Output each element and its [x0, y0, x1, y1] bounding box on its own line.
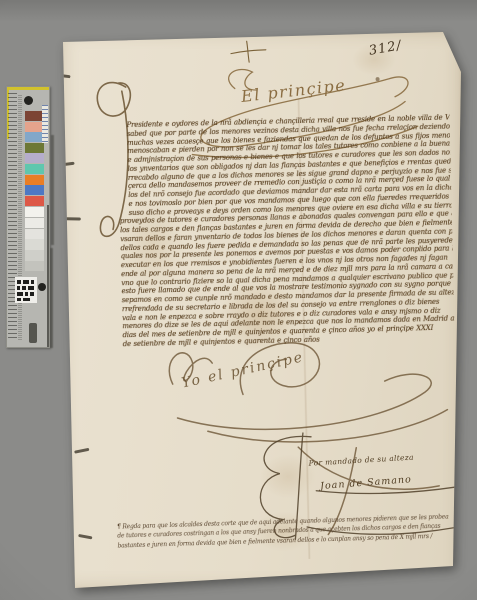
- color-patch: [25, 143, 44, 153]
- barcode-label: [15, 277, 37, 303]
- registration-dot-icon: [38, 283, 46, 291]
- binding-tie: [61, 162, 74, 167]
- ruler-edge-line: [47, 205, 49, 347]
- photo-background: El prinçipe 312/ Presidente e oydores de…: [0, 0, 477, 600]
- ruler-shadow: [51, 135, 54, 245]
- color-calibration-ruler: [6, 86, 50, 348]
- gray-patch: [25, 239, 44, 249]
- gray-patch: [25, 218, 44, 228]
- gray-patch: [25, 250, 44, 260]
- ruler-yellow-edge: [7, 87, 49, 90]
- binding-tie: [65, 217, 81, 220]
- ruler-end-bar: [29, 323, 37, 343]
- page-content: El prinçipe 312/ Presidente e oydores de…: [53, 25, 468, 594]
- manuscript-body: Presidente e oydores de la nrã abdiençia…: [118, 113, 455, 348]
- color-patch: [25, 164, 44, 174]
- barcode-pattern-icon: [15, 277, 37, 303]
- color-patch: [25, 175, 44, 185]
- binding-tie: [58, 74, 70, 78]
- gray-patch: [25, 229, 44, 239]
- gray-patch-column: [25, 207, 44, 272]
- binding-tie: [78, 534, 92, 540]
- color-patch: [25, 196, 44, 206]
- color-patch: [25, 153, 44, 163]
- gray-patch: [25, 261, 44, 271]
- binding-tie: [74, 448, 89, 454]
- manuscript-page: El prinçipe 312/ Presidente e oydores de…: [60, 30, 462, 590]
- ruler-shadow: [50, 248, 53, 348]
- manuscript-page-wrapper: El prinçipe 312/ Presidente e oydores de…: [60, 30, 462, 590]
- color-patch: [25, 185, 44, 195]
- registration-dot-icon: [24, 96, 33, 105]
- gray-patch: [25, 207, 44, 217]
- ruler-tick-scale: [8, 93, 23, 341]
- ruler-label-tag: [42, 105, 48, 143]
